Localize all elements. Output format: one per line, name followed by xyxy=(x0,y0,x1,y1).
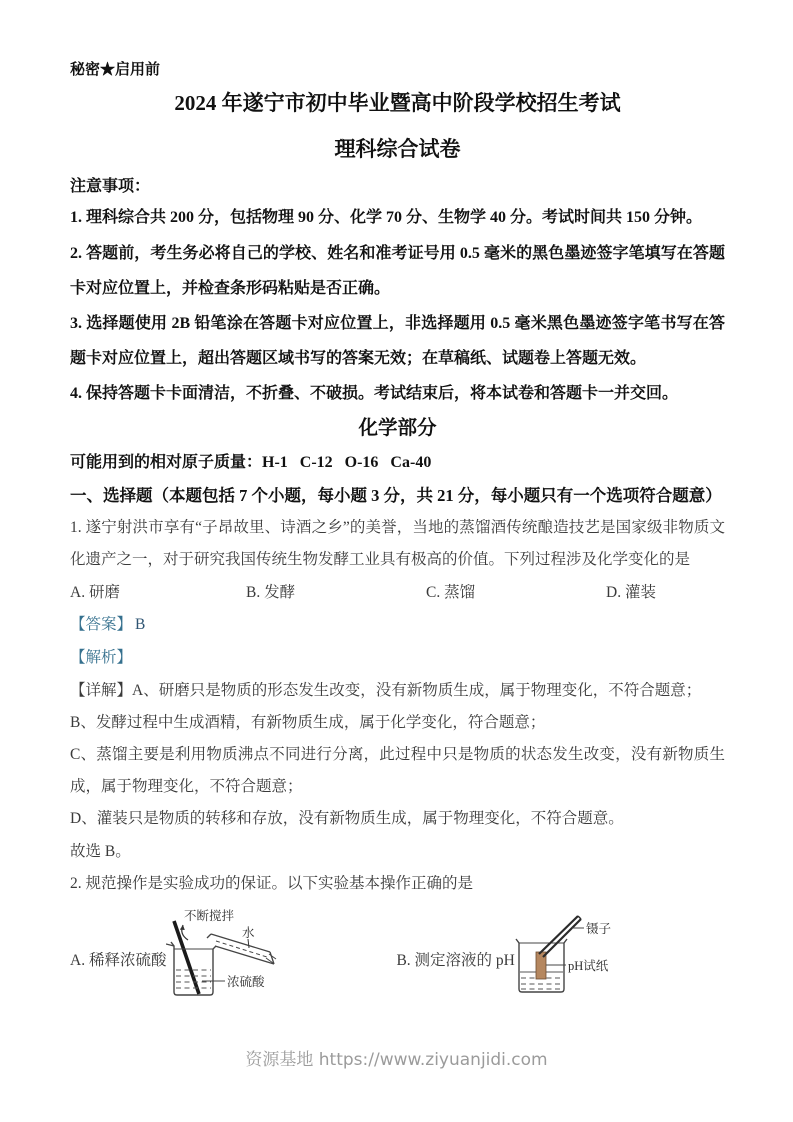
solution-liquid xyxy=(521,978,562,989)
analysis-label: 【解析】 xyxy=(70,649,132,666)
question-1-options: A. 研磨 B. 发酵 C. 蒸馏 D. 灌装 xyxy=(70,577,725,610)
choice-section-heading: 一、选择题（本题包括 7 个小题，每小题 3 分，共 21 分，每小题只有一个选… xyxy=(70,479,725,512)
page-title: 2024 年遂宁市初中毕业暨高中阶段学校招生考试 xyxy=(70,88,725,120)
answer-label: 【答案】 xyxy=(70,616,132,633)
ph-measurement-diagram: 镊子 pH试纸 xyxy=(515,908,619,1010)
question-1-option-a: A. 研磨 xyxy=(70,577,246,610)
ph-paper-label: pH试纸 xyxy=(568,959,609,973)
question-1-stem: 1. 遂宁射洪市享有“子昂故里、诗酒之乡”的美誉，当地的蒸馏酒传统酿造技艺是国家… xyxy=(70,512,725,577)
answer-value: B xyxy=(132,616,145,633)
question-1-option-b: B. 发酵 xyxy=(246,577,426,610)
footer-watermark: 资源基地 https://www.ziyuanjidi.com xyxy=(0,1045,793,1070)
detail-line-b: B、发酵过程中生成酒精，有新物质生成，属于化学变化，符合题意； xyxy=(70,707,725,739)
question-1-option-d: D. 灌装 xyxy=(606,577,725,610)
atomic-mass-line: 可能用到的相对原子质量：H-1 C-12 O-16 Ca-40 xyxy=(70,447,725,479)
classification-label: 秘密★启用前 xyxy=(70,58,725,79)
notice-item-2: 2. 答题前，考生务必将自己的学校、姓名和准考证号用 0.5 毫米的黑色墨迹签字… xyxy=(70,236,725,306)
question-2-option-a-label: A. 稀释浓硫酸 xyxy=(70,948,166,970)
section-title-chemistry: 化学部分 xyxy=(70,414,725,443)
tweezers-label: 镊子 xyxy=(586,921,611,936)
question-1-option-c: C. 蒸馏 xyxy=(426,577,606,610)
exam-paper-page: 秘密★启用前 2024 年遂宁市初中毕业暨高中阶段学校招生考试 理科综合试卷 注… xyxy=(0,0,793,1122)
notice-item-3: 3. 选择题使用 2B 铅笔涂在答题卡对应位置上，非选择题用 0.5 毫米黑色墨… xyxy=(70,306,725,376)
analysis-row: 【解析】 xyxy=(70,642,725,675)
notice-item-1: 1. 理科综合共 200 分，包括物理 90 分、化学 70 分、生物学 40 … xyxy=(70,200,725,235)
beaker-a xyxy=(171,942,216,995)
option-b-measure-ph: B. 测定溶液的 pH xyxy=(396,908,618,1010)
detail-line-d: D、灌装只是物质的转移和存放，没有新物质生成，属于物理变化，不符合题意。 xyxy=(70,803,725,835)
water-label: 水 xyxy=(242,925,255,940)
paper-subtitle: 理科综合试卷 xyxy=(70,134,725,166)
footer-site-text: 资源基地 https://www.ziyuanjidi.com xyxy=(245,1050,547,1070)
acid-label: 浓硫酸 xyxy=(227,974,265,989)
conclusion-line: 故选 B。 xyxy=(70,836,725,868)
notice-heading: 注意事项： xyxy=(70,174,725,200)
glass-rod xyxy=(174,921,199,994)
page-content: 秘密★启用前 2024 年遂宁市初中毕业暨高中阶段学校招生考试 理科综合试卷 注… xyxy=(0,0,793,1010)
stir-annotation-label: 不断搅拌 xyxy=(184,908,235,923)
detail-line-a: 【详解】A、研磨只是物质的形态发生改变，没有新物质生成，属于物理变化，不符合题意… xyxy=(70,675,725,707)
question-2-option-b-label: B. 测定溶液的 pH xyxy=(396,948,514,970)
notice-item-4: 4. 保持答题卡卡面清洁，不折叠、不破损。考试结束后，将本试卷和答题卡一并交回。 xyxy=(70,376,725,411)
answer-row: 【答案】B xyxy=(70,609,725,642)
question-2-stem: 2. 规范操作是实验成功的保证。以下实验基本操作正确的是 xyxy=(70,868,725,901)
dilution-diagram: 不断搅拌 xyxy=(166,908,300,1010)
option-a-dilute-acid: A. 稀释浓硫酸 不断搅拌 xyxy=(70,908,300,1010)
tweezers xyxy=(539,916,581,957)
detail-line-c: C、蒸馏主要是利用物质沸点不同进行分离，此过程中只是物质的状态发生改变，没有新物… xyxy=(70,739,725,803)
question-2-options: A. 稀释浓硫酸 不断搅拌 xyxy=(70,908,725,1010)
water-leader-line xyxy=(248,939,249,948)
